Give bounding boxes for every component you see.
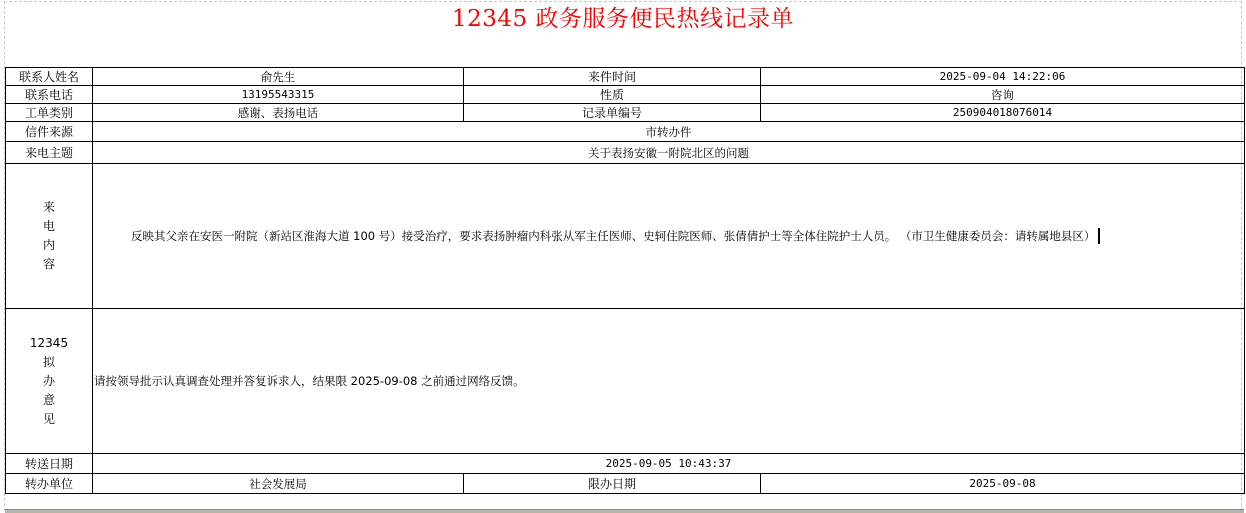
- record-number-value[interactable]: 250904018076014: [761, 104, 1245, 122]
- nature-label: 性质: [464, 86, 761, 104]
- letter-source-label: 信件来源: [6, 122, 93, 142]
- transfer-date-label: 转送日期: [6, 454, 93, 474]
- proposed-opinion-label-char: 拟: [30, 353, 68, 372]
- proposed-opinion-label-char: 办: [30, 372, 68, 391]
- deadline-label: 限办日期: [464, 474, 761, 494]
- row-handling-unit: 转办单位 社会发展局 限办日期 2025-09-08: [6, 474, 1245, 494]
- call-subject-value[interactable]: 关于表扬安徽一附院北区的问题: [93, 142, 1245, 164]
- contact-phone-label: 联系电话: [6, 86, 93, 104]
- call-content-label-char: 来: [43, 198, 55, 217]
- row-contact-phone: 联系电话 13195543315 性质 咨询: [6, 86, 1245, 104]
- contact-name-value[interactable]: 俞先生: [93, 68, 464, 86]
- order-type-value[interactable]: 感谢、表扬电话: [93, 104, 464, 122]
- deadline-value[interactable]: 2025-09-08: [761, 474, 1245, 494]
- contact-name-label: 联系人姓名: [6, 68, 93, 86]
- record-number-label: 记录单编号: [464, 104, 761, 122]
- order-type-label: 工单类别: [6, 104, 93, 122]
- row-call-subject: 来电主题 关于表扬安徽一附院北区的问题: [6, 142, 1245, 164]
- call-content-label-char: 内: [43, 236, 55, 255]
- row-transfer-date: 转送日期 2025-09-05 10:43:37: [6, 454, 1245, 474]
- proposed-opinion-label: 12345 拟 办 意 见: [6, 309, 93, 454]
- record-table: 联系人姓名 俞先生 来件时间 2025-09-04 14:22:06 联系电话 …: [5, 67, 1245, 494]
- document-title: 12345 政务服务便民热线记录单: [0, 4, 1246, 34]
- row-proposed-opinion: 12345 拟 办 意 见 请按领导批示认真调查处理并答复诉求人，结果限 202…: [6, 309, 1245, 454]
- proposed-opinion-label-char: 12345: [30, 334, 68, 353]
- transfer-date-value[interactable]: 2025-09-05 10:43:37: [93, 454, 1245, 474]
- receive-time-label: 来件时间: [464, 68, 761, 86]
- row-letter-source: 信件来源 市转办件: [6, 122, 1245, 142]
- call-content-text: 反映其父亲在安医一附院（新站区淮海大道 100 号）接受治疗，要求表扬肿瘤内科张…: [131, 229, 1095, 243]
- handling-unit-label: 转办单位: [6, 474, 93, 494]
- call-content-label-char: 电: [43, 217, 55, 236]
- row-order-type: 工单类别 感谢、表扬电话 记录单编号 250904018076014: [6, 104, 1245, 122]
- handling-unit-value[interactable]: 社会发展局: [93, 474, 464, 494]
- row-call-content: 来 电 内 容 反映其父亲在安医一附院（新站区淮海大道 100 号）接受治疗，要…: [6, 164, 1245, 309]
- letter-source-value[interactable]: 市转办件: [93, 122, 1245, 142]
- call-content-value[interactable]: 反映其父亲在安医一附院（新站区淮海大道 100 号）接受治疗，要求表扬肿瘤内科张…: [93, 164, 1245, 309]
- call-subject-label: 来电主题: [6, 142, 93, 164]
- call-content-label-char: 容: [43, 255, 55, 274]
- horizontal-scrollbar[interactable]: [5, 509, 1244, 513]
- call-content-label: 来 电 内 容: [6, 164, 93, 309]
- text-cursor: [1098, 228, 1100, 244]
- receive-time-value[interactable]: 2025-09-04 14:22:06: [761, 68, 1245, 86]
- proposed-opinion-label-char: 意: [30, 391, 68, 410]
- proposed-opinion-value[interactable]: 请按领导批示认真调查处理并答复诉求人，结果限 2025-09-08 之前通过网络…: [93, 309, 1245, 454]
- row-contact-name: 联系人姓名 俞先生 来件时间 2025-09-04 14:22:06: [6, 68, 1245, 86]
- proposed-opinion-label-char: 见: [30, 410, 68, 429]
- contact-phone-value[interactable]: 13195543315: [93, 86, 464, 104]
- nature-value[interactable]: 咨询: [761, 86, 1245, 104]
